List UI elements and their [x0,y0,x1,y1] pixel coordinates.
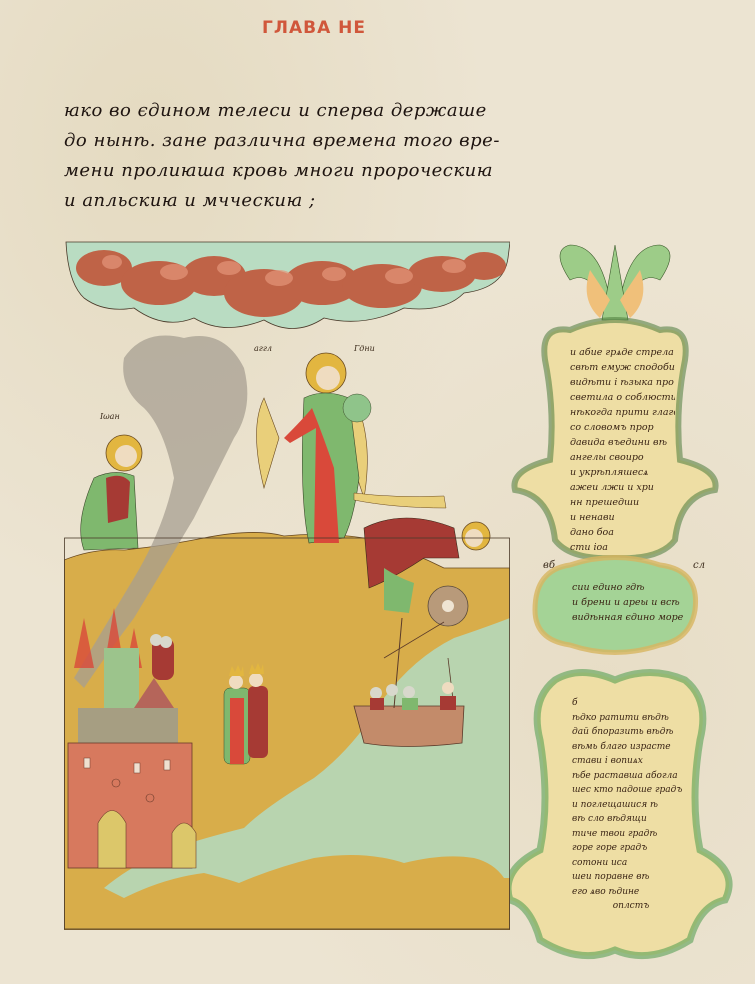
label-angel: аггл [254,344,272,353]
top-ornament [560,245,670,320]
cloud-band [66,242,510,329]
middle-cartouche-text: сии едино гдѣ и брени и ареы и всѣ видѣн… [572,580,690,625]
text-line: мени пролиꙗша кровь многи пророческиꙗ [64,156,524,186]
bottom-cartouche-text: б ѣдко ратити вѣдѣ дай бпоразить вѣдѣ вѣ… [572,696,690,914]
text-line: и апльскиꙗ и мчческиꙗ ; [64,186,524,216]
main-text-block: ꙗко во єдином телеси и сперва держаше до… [64,96,524,216]
people-group [150,634,174,680]
top-cartouche-text: и абие грѧде стрела свѣт емуж сподоби ви… [570,345,675,555]
text-line: до нынѣ. зане различна времена того вре- [64,126,524,156]
john-figure [81,435,142,550]
side-mark-left: вб [543,560,555,571]
angel-figure [257,353,447,543]
chapter-heading: ГЛАВА НЕ [262,18,366,38]
text-line: ꙗко во єдином телеси и сперва держаше [64,96,524,126]
label-john: Ιωан [100,412,120,421]
side-mark-right: сл [693,560,705,571]
miniature-illustration [64,238,510,930]
label-angel-lord: Гдни [354,344,375,353]
